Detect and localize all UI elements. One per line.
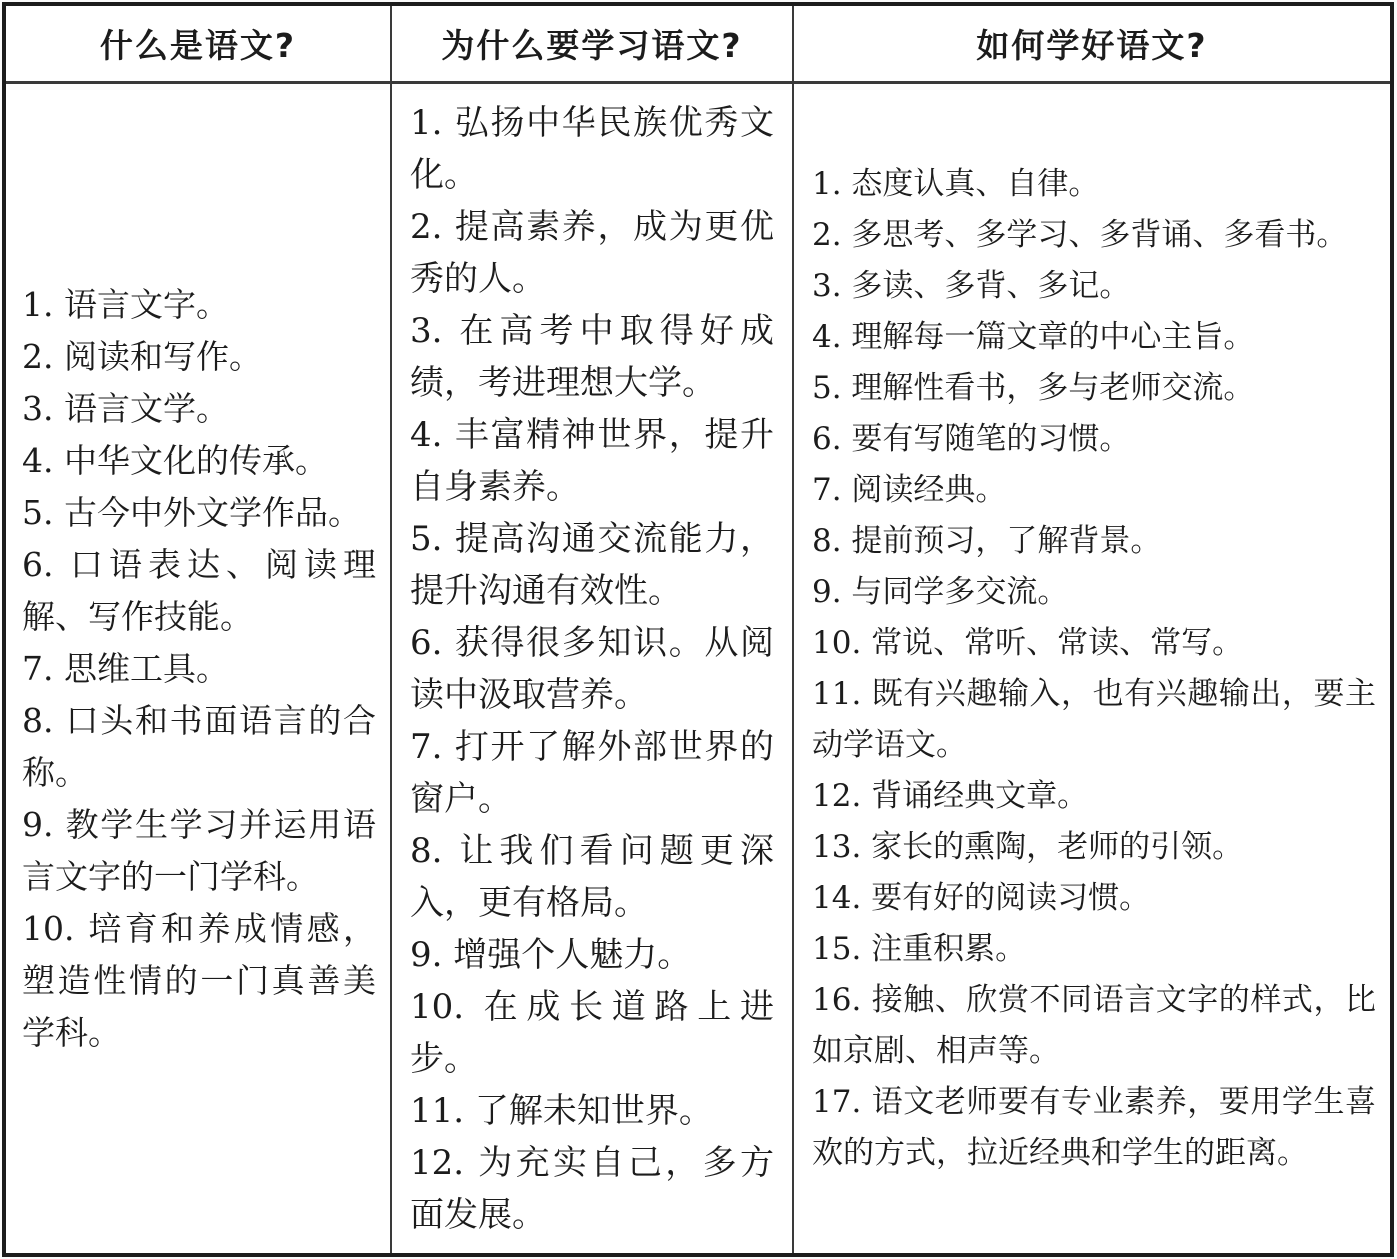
list-item: 3. 在高考中取得好成绩，考进理想大学。 (410, 305, 774, 409)
header-label: 为什么要学习语文? (441, 20, 742, 67)
list-item: 6. 口语表达、阅读理解、写作技能。 (22, 539, 376, 643)
list-item: 2. 多思考、多学习、多背诵、多看书。 (812, 210, 1376, 261)
list-item: 8. 提前预习，了解背景。 (812, 516, 1376, 567)
list-item: 3. 语言文学。 (22, 383, 376, 435)
column-header-how-to-learn-chinese: 如何学好语文? (794, 6, 1390, 84)
list-item: 6. 要有写随笔的习惯。 (812, 414, 1376, 465)
list-item: 16. 接触、欣赏不同语言文字的样式，比如京剧、相声等。 (812, 975, 1376, 1077)
three-column-table: 什么是语文? 为什么要学习语文? 如何学好语文? 1. 语言文字。2. 阅读和写… (2, 2, 1394, 1257)
list-item: 15. 注重积累。 (812, 924, 1376, 975)
list-item: 12. 背诵经典文章。 (812, 771, 1376, 822)
list-item: 7. 阅读经典。 (812, 465, 1376, 516)
column-body-how-to-learn-chinese: 1. 态度认真、自律。2. 多思考、多学习、多背诵、多看书。3. 多读、多背、多… (794, 84, 1390, 1253)
list-item: 8. 让我们看问题更深入，更有格局。 (410, 825, 774, 929)
column-header-what-is-chinese: 什么是语文? (6, 6, 392, 84)
header-label: 如何学好语文? (976, 20, 1207, 67)
list-item: 10. 培育和养成情感，塑造性情的一门真善美学科。 (22, 903, 376, 1059)
list-item: 2. 阅读和写作。 (22, 331, 376, 383)
list-item: 1. 弘扬中华民族优秀文化。 (410, 97, 774, 201)
header-label: 什么是语文? (100, 20, 296, 67)
list-item: 9. 教学生学习并运用语言文字的一门学科。 (22, 799, 376, 903)
list-item: 9. 增强个人魅力。 (410, 929, 774, 981)
list-item: 5. 理解性看书，多与老师交流。 (812, 363, 1376, 414)
list-item: 11. 了解未知世界。 (410, 1085, 774, 1137)
column-body-why-learn-chinese: 1. 弘扬中华民族优秀文化。2. 提高素养，成为更优秀的人。3. 在高考中取得好… (392, 84, 794, 1253)
list-item: 4. 中华文化的传承。 (22, 435, 376, 487)
list-item: 9. 与同学多交流。 (812, 567, 1376, 618)
list-item: 2. 提高素养，成为更优秀的人。 (410, 201, 774, 305)
list-item: 7. 打开了解外部世界的窗户。 (410, 721, 774, 825)
list-item: 14. 要有好的阅读习惯。 (812, 873, 1376, 924)
document-page: 什么是语文? 为什么要学习语文? 如何学好语文? 1. 语言文字。2. 阅读和写… (0, 0, 1397, 1259)
list-item: 4. 理解每一篇文章的中心主旨。 (812, 312, 1376, 363)
list-item: 10. 常说、常听、常读、常写。 (812, 618, 1376, 669)
list-item: 4. 丰富精神世界，提升自身素养。 (410, 409, 774, 513)
list-item: 6. 获得很多知识。从阅读中汲取营养。 (410, 617, 774, 721)
list-item: 1. 态度认真、自律。 (812, 159, 1376, 210)
list-item: 11. 既有兴趣输入，也有兴趣输出，要主动学语文。 (812, 669, 1376, 771)
list-item: 7. 思维工具。 (22, 643, 376, 695)
list-item: 17. 语文老师要有专业素养，要用学生喜欢的方式，拉近经典和学生的距离。 (812, 1077, 1376, 1179)
list-item: 1. 语言文字。 (22, 279, 376, 331)
list-item: 5. 古今中外文学作品。 (22, 487, 376, 539)
list-item: 3. 多读、多背、多记。 (812, 261, 1376, 312)
column-body-what-is-chinese: 1. 语言文字。2. 阅读和写作。3. 语言文学。4. 中华文化的传承。5. 古… (6, 84, 392, 1253)
list-item: 5. 提高沟通交流能力，提升沟通有效性。 (410, 513, 774, 617)
list-item: 10. 在成长道路上进步。 (410, 981, 774, 1085)
column-header-why-learn-chinese: 为什么要学习语文? (392, 6, 794, 84)
list-item: 8. 口头和书面语言的合称。 (22, 695, 376, 799)
list-item: 12. 为充实自己，多方面发展。 (410, 1137, 774, 1241)
list-item: 13. 家长的熏陶，老师的引领。 (812, 822, 1376, 873)
